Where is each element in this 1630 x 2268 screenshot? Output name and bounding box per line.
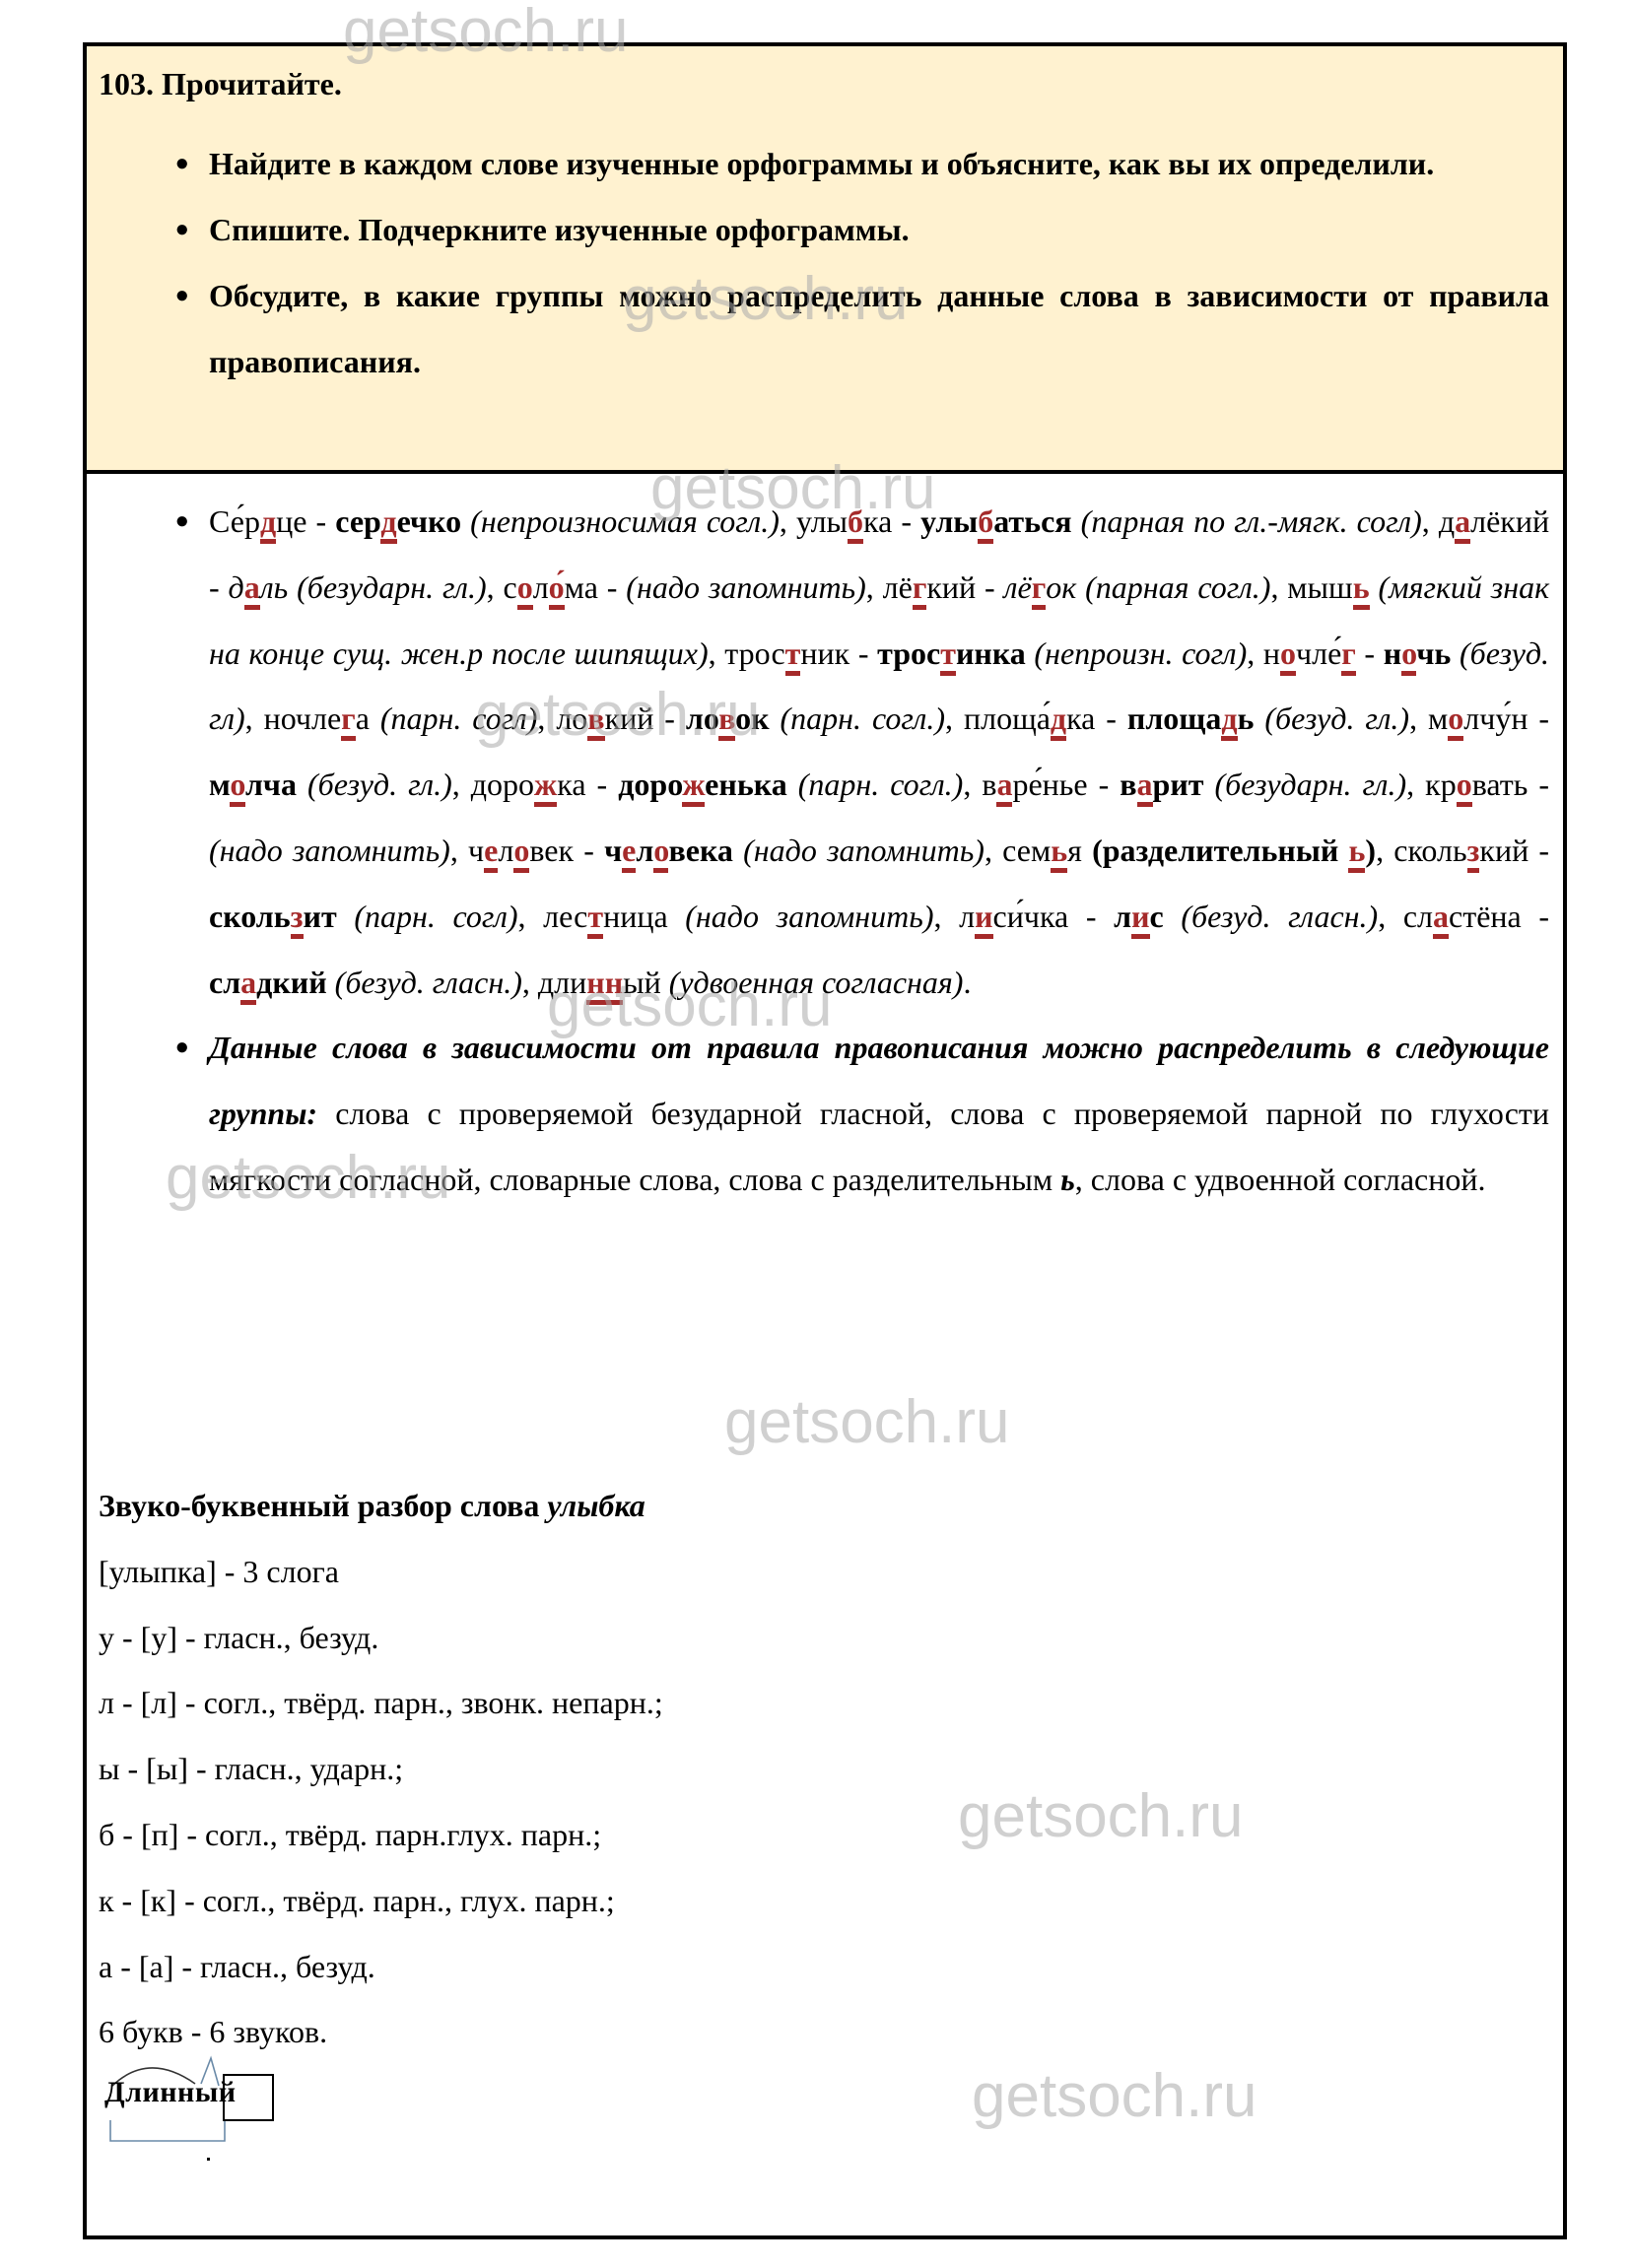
text-run: (разделительный: [1092, 833, 1348, 868]
text-run: кий -: [926, 569, 1003, 605]
sound-letter-analysis: Звуко-буквенный разбор слова улыбка [улы…: [99, 1473, 663, 2065]
text-run: лё: [1004, 569, 1032, 605]
text-run: , ч: [450, 833, 484, 868]
text-run: л: [636, 833, 653, 868]
text-run: л: [533, 569, 549, 605]
text-run: н: [1384, 635, 1401, 671]
orthogram-mark: в: [587, 700, 604, 741]
text-run: (безуд. гласн.): [1181, 899, 1378, 934]
orthogram-mark: о: [1448, 700, 1463, 741]
text-run: ник -: [800, 635, 877, 671]
text-run: ка -: [1066, 700, 1127, 736]
text-run: ый: [623, 965, 669, 1000]
text-run: Се́р: [209, 503, 260, 539]
text-run: рит: [1153, 767, 1204, 802]
text-run: , скол: [1376, 833, 1453, 868]
orthogram-mark: г: [1341, 635, 1356, 676]
text-run: (парн. согл): [380, 700, 538, 736]
text-run: [297, 767, 307, 802]
text-run: (надо запомнить): [743, 833, 985, 868]
text-run: (непроизносимая согл.): [470, 503, 780, 539]
orthogram-mark: о: [517, 569, 533, 610]
bullet-icon: ●: [99, 1015, 209, 1212]
analysis-title-prefix: Звуко-буквенный разбор слова: [99, 1488, 547, 1523]
text-run: ч: [604, 833, 622, 868]
text-run: века: [668, 833, 732, 868]
orthogram-mark: д: [260, 503, 276, 544]
orthogram-mark: а: [244, 569, 260, 610]
task-bullet-text: Обсудите, в какие группы можно распредел…: [209, 263, 1549, 395]
text-run: я: [1067, 833, 1092, 868]
text-run: це -: [276, 503, 335, 539]
text-run: чле́: [1296, 635, 1341, 671]
text-run: ь: [1453, 833, 1467, 868]
text-run: [1072, 503, 1081, 539]
text-run: л: [1114, 899, 1131, 934]
text-run: -: [1356, 635, 1384, 671]
orthogram-mark: ь: [1348, 833, 1365, 873]
text-run: [461, 503, 470, 539]
text-run: ок: [735, 700, 769, 736]
orthogram-mark: о: [1280, 635, 1296, 676]
text-run: (безударн. гл.): [297, 569, 487, 605]
analysis-line: к - [к] - согл., твёрд. парн., глух. пар…: [99, 1868, 663, 1934]
text-run: а: [356, 700, 380, 736]
text-run: кий -: [605, 700, 686, 736]
text-run: (непроизн. согл): [1034, 635, 1247, 671]
text-run: (парная согл.): [1085, 569, 1270, 605]
text-run: (парная по гл.-мягк. согл): [1081, 503, 1422, 539]
text-run: , в: [963, 767, 996, 802]
text-run: (надо запомнить): [685, 899, 933, 934]
text-run: (удвоенная согласная): [669, 965, 964, 1000]
orthogram-mark: б: [848, 503, 863, 544]
orthogram-mark: ь: [1353, 569, 1370, 610]
text-run: трос: [877, 635, 940, 671]
orthogram-mark: ь: [1051, 833, 1067, 873]
task-bullet-text: Спишите. Подчеркните изученные орфограмм…: [209, 197, 1549, 263]
text-run: сколь: [209, 899, 291, 934]
text-run: (парн. согл): [354, 899, 517, 934]
text-run: , площа́: [945, 700, 1051, 736]
bullet-icon: ●: [99, 263, 209, 395]
text-run: лча: [245, 767, 297, 802]
text-run: стёна -: [1449, 899, 1549, 934]
text-run: ль: [260, 569, 289, 605]
orthogram-mark: б: [978, 503, 993, 544]
orthogram-mark: о́: [549, 569, 565, 610]
text-run: ит: [304, 899, 337, 934]
text-run: (безуд. гл.): [1264, 700, 1409, 736]
text-run: ечко: [397, 503, 461, 539]
analysis-line: л - [л] - согл., твёрд. парн., звонк. не…: [99, 1670, 663, 1736]
text-run: енька: [705, 767, 787, 802]
orthogram-mark: а: [1433, 899, 1449, 939]
text-run: [787, 767, 798, 802]
text-run: , улы: [780, 503, 848, 539]
text-run: кий -: [1479, 833, 1549, 868]
answer-section: ● Се́рдце - сердечко (непроизносимая сог…: [99, 489, 1549, 1213]
orthogram-mark: а: [1137, 767, 1153, 807]
text-run: сл: [209, 965, 240, 1000]
text-run: .: [963, 965, 971, 1000]
orthogram-mark: з: [1467, 833, 1480, 873]
text-run: , мыш: [1270, 569, 1352, 605]
text-run: (безуд. гл.): [307, 767, 452, 802]
text-run: инка: [956, 635, 1026, 671]
text-run: (парн. согл.): [798, 767, 964, 802]
text-run: (безударн. гл.): [1215, 767, 1407, 802]
text-run: [337, 899, 355, 934]
text-run: , доро: [452, 767, 534, 802]
groups-paragraph: ● Данные слова в зависимости от правила …: [99, 1015, 1549, 1212]
orthogram-mark: г: [1032, 569, 1047, 610]
text-run: чь: [1416, 635, 1451, 671]
text-run: ка -: [863, 503, 920, 539]
orthogram-mark: г: [913, 569, 927, 610]
orthogram-mark: о: [1401, 635, 1416, 676]
orthogram-mark: д: [1051, 700, 1066, 741]
text-run: (парн. согл.): [781, 700, 946, 736]
text-run: доро: [618, 767, 682, 802]
text-run: [1370, 569, 1379, 605]
text-run: ь: [1238, 700, 1255, 736]
orthogram-mark: в: [718, 700, 735, 741]
text-run: [288, 569, 297, 605]
orthogram-mark: а: [240, 965, 256, 1005]
text-run: ре́нье -: [1012, 767, 1120, 802]
orthogram-mark: о: [1457, 767, 1472, 807]
text-run: (надо запомнить): [209, 833, 450, 868]
groups-paragraph-text: Данные слова в зависимости от правила пр…: [209, 1015, 1549, 1212]
text-run: [327, 965, 335, 1000]
text-run: вать -: [1472, 767, 1549, 802]
text-run: , кр: [1406, 767, 1457, 802]
task-bullets: ● Найдите в каждом слове изученные орфог…: [99, 131, 1549, 395]
text-run: , сл: [1378, 899, 1433, 934]
analysis-line: у - [у] - гласн., безуд.: [99, 1605, 663, 1671]
exercise-sheet: 103. Прочитайте. ● Найдите в каждом слов…: [83, 42, 1567, 2239]
text-run: , трос: [709, 635, 785, 671]
text-run: , ло: [537, 700, 587, 736]
text-run: в: [1120, 767, 1136, 802]
orthogram-mark: е: [622, 833, 636, 873]
orthogram-mark: о: [230, 767, 245, 807]
text-run: ок: [1046, 569, 1076, 605]
task-bullet-text: Найдите в каждом слове изученные орфогра…: [209, 131, 1549, 197]
stray-dot: [207, 2158, 210, 2161]
words-paragraph: ● Се́рдце - сердечко (непроизносимая сог…: [99, 489, 1549, 1015]
text-run: , слова с удвоенной согласной.: [1075, 1162, 1486, 1197]
text-run: , н: [1247, 635, 1280, 671]
text-run: ка -: [557, 767, 618, 802]
text-run: с: [1150, 899, 1164, 934]
task-title: 103. Прочитайте.: [99, 66, 342, 102]
word-structure-scheme: Длинный: [104, 2046, 341, 2155]
analysis-line: б - [п] - согл., твёрд. парн.глух. парн.…: [99, 1802, 663, 1868]
text-run: , ночле: [245, 700, 342, 736]
text-run: сер: [335, 503, 380, 539]
text-run: , м: [1409, 700, 1448, 736]
task-box: 103. Прочитайте. ● Найдите в каждом слов…: [87, 46, 1563, 474]
text-run: [770, 700, 781, 736]
text-run: ): [1365, 833, 1376, 868]
text-run: лчу́н -: [1463, 700, 1549, 736]
text-run: д: [229, 569, 244, 605]
text-run: [1451, 635, 1460, 671]
analysis-title: Звуко-буквенный разбор слова улыбка: [99, 1473, 663, 1539]
text-run: си́чка -: [993, 899, 1115, 934]
orthogram-mark: д: [1221, 700, 1237, 741]
orthogram-mark: ж: [534, 767, 557, 807]
analysis-line: а - [а] - гласн., безуд.: [99, 1934, 663, 2000]
text-run: л: [498, 833, 513, 868]
orthogram-mark: и: [975, 899, 992, 939]
text-run: век -: [529, 833, 604, 868]
text-run: м: [209, 767, 230, 802]
orthogram-mark: д: [380, 503, 396, 544]
orthogram-mark: г: [341, 700, 356, 741]
bullet-icon: ●: [99, 197, 209, 263]
orthogram-mark: е: [484, 833, 498, 873]
bullet-icon: ●: [99, 489, 209, 1015]
text-run: ма -: [565, 569, 627, 605]
text-run: (надо запомнить): [626, 569, 865, 605]
text-run: [1254, 700, 1264, 736]
text-run: , д: [1422, 503, 1455, 539]
text-run: дкий: [256, 965, 327, 1000]
task-bullet: ● Спишите. Подчеркните изученные орфогра…: [99, 197, 1549, 263]
analysis-title-word: улыбка: [547, 1488, 645, 1523]
text-run: ница: [603, 899, 685, 934]
text-run: [1076, 569, 1085, 605]
orthogram-mark: а: [996, 767, 1012, 807]
orthogram-mark: з: [291, 899, 304, 939]
text-run: [733, 833, 743, 868]
text-run: , лё: [866, 569, 913, 605]
scheme-word: Длинный: [104, 2076, 237, 2109]
words-paragraph-text: Се́рдце - сердечко (непроизносимая согл.…: [209, 489, 1549, 1015]
text-run: улы: [920, 503, 978, 539]
analysis-line: [улыпка] - 3 слога: [99, 1539, 663, 1605]
task-bullet: ● Обсудите, в какие группы можно распред…: [99, 263, 1549, 395]
text-run: , л: [934, 899, 976, 934]
text-run: [1164, 899, 1182, 934]
text-run: , сем: [985, 833, 1051, 868]
analysis-line: ы - [ы] - гласн., ударн.;: [99, 1736, 663, 1802]
text-run: [1204, 767, 1215, 802]
text-run: аться: [993, 503, 1071, 539]
orthogram-mark: нн: [586, 965, 623, 1005]
orthogram-mark: т: [587, 899, 603, 939]
orthogram-mark: о: [513, 833, 529, 873]
orthogram-mark: о: [653, 833, 668, 873]
text-run: (безуд. гласн.): [335, 965, 522, 1000]
orthogram-mark: ж: [682, 767, 705, 807]
orthogram-mark: и: [1131, 899, 1149, 939]
bullet-icon: ●: [99, 131, 209, 197]
task-bullet: ● Найдите в каждом слове изученные орфог…: [99, 131, 1549, 197]
ending-box: [223, 2074, 274, 2121]
orthogram-mark: т: [940, 635, 956, 676]
text-run: ло: [686, 700, 718, 736]
orthogram-mark: а: [1455, 503, 1470, 544]
orthogram-mark: т: [785, 635, 801, 676]
text-run: , с: [487, 569, 517, 605]
text-run: , дли: [522, 965, 586, 1000]
text-run: ь: [1060, 1162, 1075, 1197]
text-run: площа: [1127, 700, 1221, 736]
text-run: , лес: [518, 899, 588, 934]
